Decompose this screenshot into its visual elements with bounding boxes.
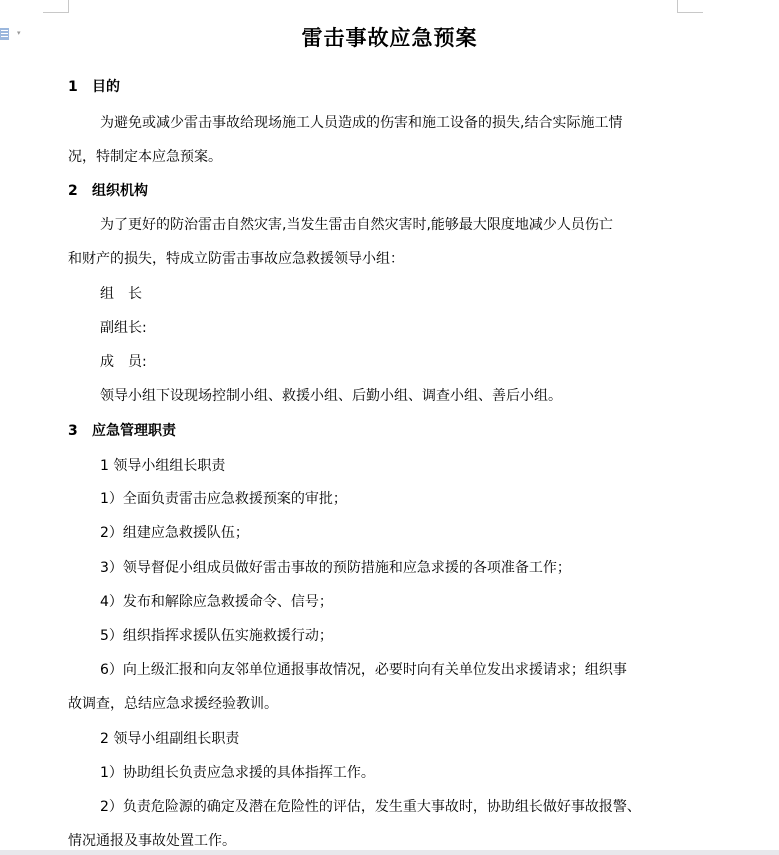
role-members: 成 员: <box>100 352 147 372</box>
section-heading-1: 1目的 <box>68 77 120 97</box>
section-title: 应急管理职责 <box>92 423 176 439</box>
list-item-continuation: 情况通报及事故处置工作。 <box>68 831 236 851</box>
section-number: 3 <box>68 421 92 441</box>
list-item-continuation: 故调查，总结应急求援经验教训。 <box>68 694 278 714</box>
subsection-title: 1 领导小组组长职责 <box>100 456 225 476</box>
document-page: ▾ 雷击事故应急预案 1目的 为避免或减少雷击事故给现场施工人员造成的伤害和施工… <box>0 0 779 850</box>
subgroups-text: 领导小组下设现场控制小组、救援小组、后勤小组、调查小组、善后小组。 <box>100 386 562 406</box>
subsection-title: 2 领导小组副组长职责 <box>100 729 239 749</box>
paragraph-text: 为避免或减少雷击事故给现场施工人员造成的伤害和施工设备的损失,结合实际施工情 <box>100 113 622 133</box>
paragraph-text: 为了更好的防治雷击自然灾害,当发生雷击自然灾害时,能够最大限度地减少人员伤亡 <box>100 215 613 235</box>
section-title: 组织机构 <box>92 183 148 199</box>
margin-corner-mark-top-right <box>677 0 703 13</box>
list-item: 1）全面负责雷击应急救援预案的审批； <box>100 489 347 509</box>
list-item: 2）负责危险源的确定及潜在危险性的评估，发生重大事故时，协助组长做好事故报警、 <box>100 797 641 817</box>
section-number: 2 <box>68 181 92 201</box>
section-title: 目的 <box>92 79 120 95</box>
paragraph-text: 况，特制定本应急预案。 <box>68 147 222 167</box>
paragraph-text: 和财产的损失，特成立防雷击事故应急救援领导小组： <box>68 249 404 269</box>
role-deputy-leader: 副组长: <box>100 318 147 338</box>
page-bottom-edge <box>0 850 779 855</box>
section-number: 1 <box>68 77 92 97</box>
section-heading-3: 3应急管理职责 <box>68 421 176 441</box>
list-item: 3）领导督促小组成员做好雷击事故的预防措施和应急求援的各项准备工作； <box>100 558 571 578</box>
list-item: 2）组建应急救援队伍； <box>100 523 249 543</box>
document-title: 雷击事故应急预案 <box>0 22 779 52</box>
list-item: 4）发布和解除应急救援命令、信号； <box>100 592 333 612</box>
list-item: 6）向上级汇报和向友邻单位通报事故情况，必要时向有关单位发出求援请求；组织事 <box>100 660 627 680</box>
list-item: 1）协助组长负责应急求援的具体指挥工作。 <box>100 763 375 783</box>
margin-corner-mark-top-left <box>43 0 69 13</box>
section-heading-2: 2组织机构 <box>68 181 148 201</box>
list-item: 5）组织指挥求援队伍实施救援行动； <box>100 626 333 646</box>
role-leader: 组 长 <box>100 284 142 304</box>
